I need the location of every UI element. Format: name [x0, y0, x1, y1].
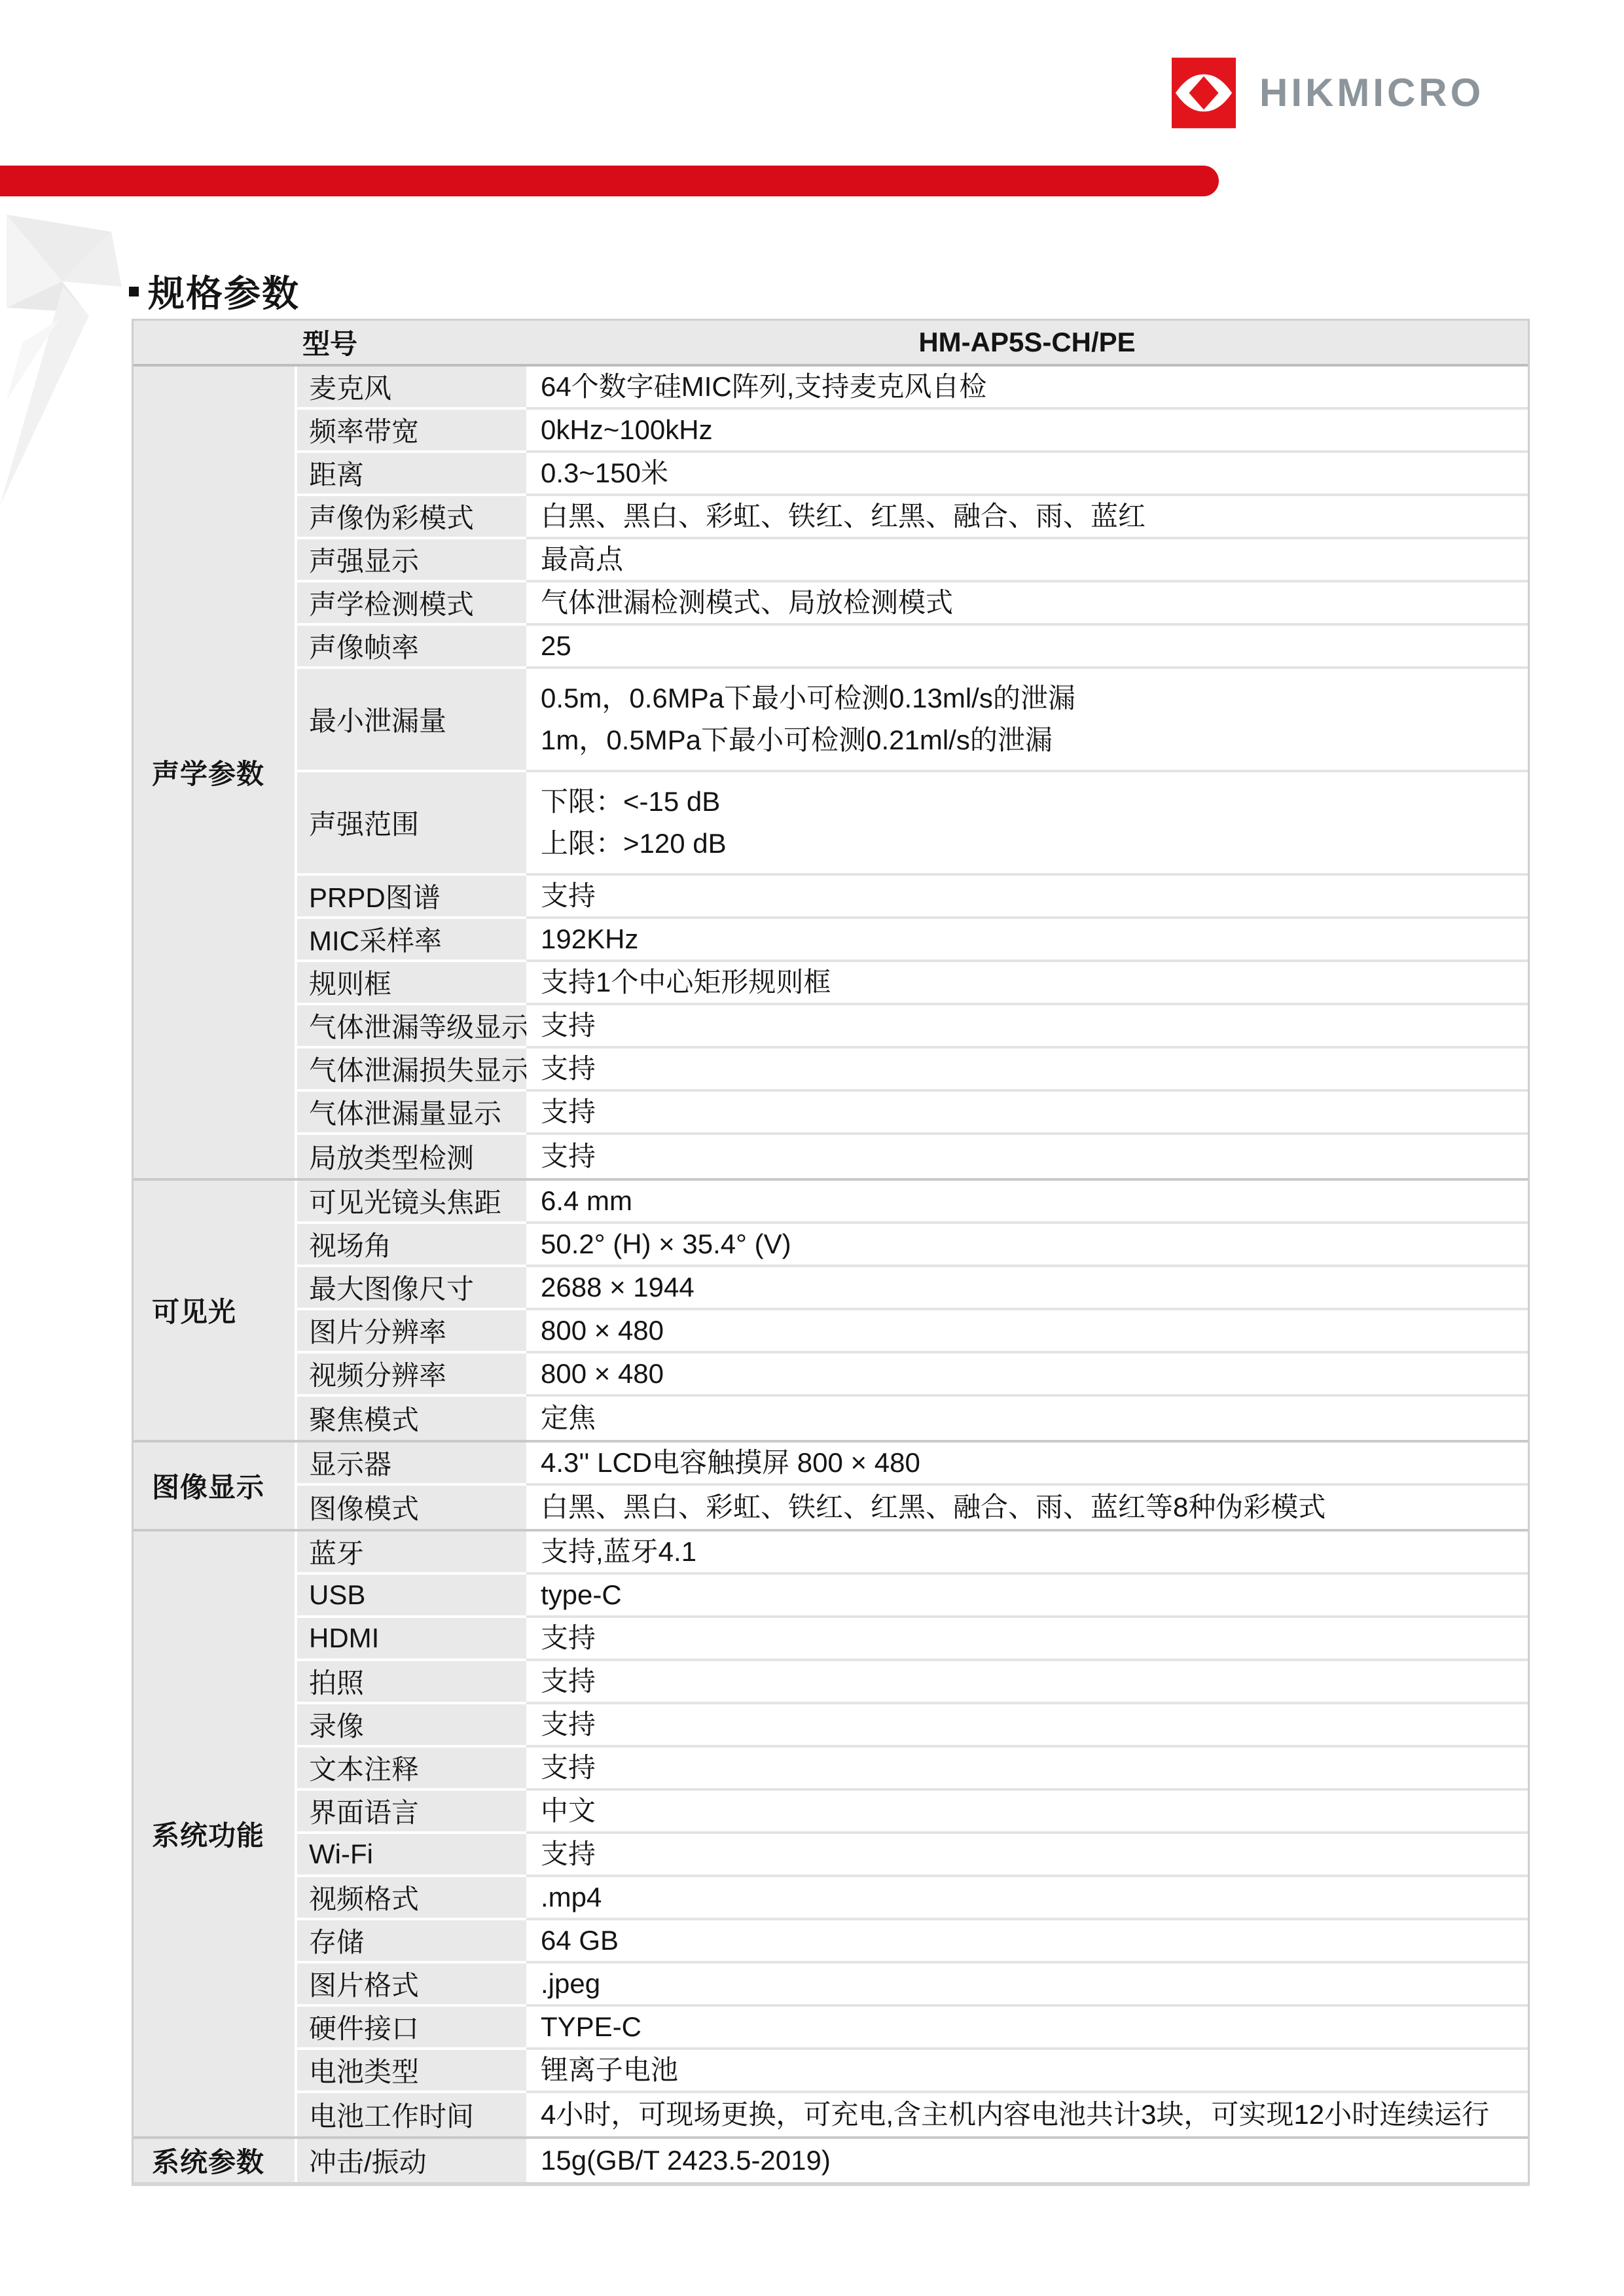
spec-label: 录像: [297, 1704, 526, 1748]
spec-row: 存储 64 GB: [297, 1920, 1528, 1964]
spec-value: 50.2° (H) × 35.4° (V): [526, 1224, 1528, 1267]
spec-row: 声学检测模式 气体泄漏检测模式、局放检测模式: [297, 583, 1528, 626]
spec-label: 显示器: [297, 1443, 526, 1486]
spec-label: 最小泄漏量: [297, 669, 526, 772]
model-header-label: 型号: [134, 321, 526, 364]
hikmicro-logo: HIKMICRO: [1172, 58, 1484, 128]
red-banner: [0, 166, 1219, 196]
spec-label: 规则框: [297, 962, 526, 1005]
spec-row: 拍照 支持: [297, 1661, 1528, 1704]
spec-label: 声强显示: [297, 539, 526, 583]
spec-value: 下限：<-15 dB 上限：>120 dB: [526, 772, 1528, 876]
spec-row: 显示器 4.3'' LCD电容触摸屏 800 × 480: [297, 1443, 1528, 1486]
spec-value: 4.3'' LCD电容触摸屏 800 × 480: [526, 1443, 1528, 1486]
spec-row: 规则框 支持1个中心矩形规则框: [297, 962, 1528, 1005]
spec-value: 0.5m，0.6MPa下最小可检测0.13ml/s的泄漏 1m，0.5MPa下最…: [526, 669, 1528, 772]
spec-row: 距离 0.3~150米: [297, 453, 1528, 496]
hikmicro-eye-icon: [1172, 58, 1236, 128]
spec-value: 64 GB: [526, 1920, 1528, 1964]
spec-row: 视频分辨率 800 × 480: [297, 1354, 1528, 1397]
spec-row: 气体泄漏损失显示 支持: [297, 1049, 1528, 1092]
spec-value: 6.4 mm: [526, 1181, 1528, 1224]
spec-value: 锂离子电池: [526, 2050, 1528, 2093]
spec-value: 4小时，可现场更换，可充电,含主机内容电池共计3块，可实现12小时连续运行: [526, 2093, 1528, 2136]
spec-value: 25: [526, 626, 1528, 669]
spec-value: 支持: [526, 1748, 1528, 1791]
spec-value: 支持: [526, 1618, 1528, 1661]
spec-row: 最大图像尺寸 2688 × 1944: [297, 1267, 1528, 1310]
spec-row: 可见光镜头焦距 6.4 mm: [297, 1181, 1528, 1224]
spec-label: 声学检测模式: [297, 583, 526, 626]
spec-value: 支持,蓝牙4.1: [526, 1532, 1528, 1575]
spec-value: 白黑、黑白、彩虹、铁红、红黑、融合、雨、蓝红等8种伪彩模式: [526, 1486, 1528, 1529]
spec-value: 支持1个中心矩形规则框: [526, 962, 1528, 1005]
spec-table: 型号 HM-AP5S-CH/PE 声学参数 麦克风 64个数字硅MIC阵列,支持…: [132, 319, 1530, 2186]
spec-row: 声强显示 最高点: [297, 539, 1528, 583]
spec-value: TYPE-C: [526, 2007, 1528, 2050]
section-acoustic: 声学参数 麦克风 64个数字硅MIC阵列,支持麦克风自检 频率带宽 0kHz~1…: [134, 367, 1528, 1181]
spec-label: 视场角: [297, 1224, 526, 1267]
spec-row: 冲击/振动 15g(GB/T 2423.5-2019): [297, 2139, 1528, 2182]
spec-value: 2688 × 1944: [526, 1267, 1528, 1310]
spec-label: 可见光镜头焦距: [297, 1181, 526, 1224]
spec-label: 气体泄漏损失显示: [297, 1049, 526, 1092]
spec-row: 声强范围 下限：<-15 dB 上限：>120 dB: [297, 772, 1528, 876]
spec-value: 支持: [526, 1049, 1528, 1092]
spec-row: 麦克风 64个数字硅MIC阵列,支持麦克风自检: [297, 367, 1528, 410]
spec-value: 支持: [526, 1661, 1528, 1704]
spec-label: 蓝牙: [297, 1532, 526, 1575]
category-cell: 系统参数: [134, 2139, 297, 2182]
spec-label: MIC采样率: [297, 919, 526, 962]
spec-label: 视频格式: [297, 1877, 526, 1920]
table-header-row: 型号 HM-AP5S-CH/PE: [134, 321, 1528, 367]
model-header-value: HM-AP5S-CH/PE: [526, 321, 1528, 364]
spec-label: 图片格式: [297, 1964, 526, 2007]
spec-value: 支持: [526, 876, 1528, 919]
spec-row: 视频格式 .mp4: [297, 1877, 1528, 1920]
section-image-display: 图像显示 显示器 4.3'' LCD电容触摸屏 800 × 480 图像模式 白…: [134, 1443, 1528, 1532]
spec-row: 电池工作时间 4小时，可现场更换，可充电,含主机内容电池共计3块，可实现12小时…: [297, 2093, 1528, 2136]
spec-label: 局放类型检测: [297, 1135, 526, 1178]
category-cell: 系统功能: [134, 1532, 297, 2136]
spec-value: 最高点: [526, 539, 1528, 583]
spec-label: 图片分辨率: [297, 1310, 526, 1354]
spec-value: 支持: [526, 1704, 1528, 1748]
spec-row: 声像帧率 25: [297, 626, 1528, 669]
spec-value: 800 × 480: [526, 1354, 1528, 1397]
spec-row: 图片分辨率 800 × 480: [297, 1310, 1528, 1354]
spec-value: 支持: [526, 1005, 1528, 1049]
spec-label: 电池工作时间: [297, 2093, 526, 2136]
spec-row: 局放类型检测 支持: [297, 1135, 1528, 1178]
spec-label: 存储: [297, 1920, 526, 1964]
spec-row: MIC采样率 192KHz: [297, 919, 1528, 962]
spec-label: 电池类型: [297, 2050, 526, 2093]
spec-value: type-C: [526, 1575, 1528, 1618]
spec-label: 麦克风: [297, 367, 526, 410]
spec-row: 蓝牙 支持,蓝牙4.1: [297, 1532, 1528, 1575]
spec-label: 冲击/振动: [297, 2139, 526, 2182]
spec-value: 定焦: [526, 1397, 1528, 1440]
spec-value: 800 × 480: [526, 1310, 1528, 1354]
spec-value: 0kHz~100kHz: [526, 410, 1528, 453]
spec-row: 图片格式 .jpeg: [297, 1964, 1528, 2007]
spec-label: 硬件接口: [297, 2007, 526, 2050]
spec-value: 0.3~150米: [526, 453, 1528, 496]
spec-label: 文本注释: [297, 1748, 526, 1791]
spec-label: 最大图像尺寸: [297, 1267, 526, 1310]
square-bullet-icon: [129, 287, 139, 296]
spec-label: 声强范围: [297, 772, 526, 876]
spec-row: USB type-C: [297, 1575, 1528, 1618]
spec-value: 气体泄漏检测模式、局放检测模式: [526, 583, 1528, 626]
spec-row: 硬件接口 TYPE-C: [297, 2007, 1528, 2050]
spec-value: 64个数字硅MIC阵列,支持麦克风自检: [526, 367, 1528, 410]
spec-sheet-page: { "brand": { "logo_text": "HIKMICRO", "a…: [0, 0, 1624, 2296]
spec-label: PRPD图谱: [297, 876, 526, 919]
spec-row: 频率带宽 0kHz~100kHz: [297, 410, 1528, 453]
spec-label: 聚焦模式: [297, 1397, 526, 1440]
spec-label: 频率带宽: [297, 410, 526, 453]
spec-label: 界面语言: [297, 1791, 526, 1834]
spec-row: 电池类型 锂离子电池: [297, 2050, 1528, 2093]
spec-value: 支持: [526, 1834, 1528, 1877]
category-cell: 声学参数: [134, 367, 297, 1178]
spec-row: 气体泄漏等级显示 支持: [297, 1005, 1528, 1049]
spec-value: 支持: [526, 1092, 1528, 1135]
spec-row: PRPD图谱 支持: [297, 876, 1528, 919]
spec-value: 白黑、黑白、彩虹、铁红、红黑、融合、雨、蓝红: [526, 496, 1528, 539]
spec-label: 气体泄漏等级显示: [297, 1005, 526, 1049]
watermark-shape: [0, 203, 137, 517]
spec-row: 界面语言 中文: [297, 1791, 1528, 1834]
spec-row: 声像伪彩模式 白黑、黑白、彩虹、铁红、红黑、融合、雨、蓝红: [297, 496, 1528, 539]
spec-row: 图像模式 白黑、黑白、彩虹、铁红、红黑、融合、雨、蓝红等8种伪彩模式: [297, 1486, 1528, 1529]
category-cell: 图像显示: [134, 1443, 297, 1529]
spec-label: 声像伪彩模式: [297, 496, 526, 539]
spec-row: 最小泄漏量 0.5m，0.6MPa下最小可检测0.13ml/s的泄漏 1m，0.…: [297, 669, 1528, 772]
spec-row: HDMI 支持: [297, 1618, 1528, 1661]
spec-label: 声像帧率: [297, 626, 526, 669]
page-title-text: 规格参数: [148, 265, 300, 317]
spec-label: 气体泄漏量显示: [297, 1092, 526, 1135]
spec-label: USB: [297, 1575, 526, 1618]
spec-label: 拍照: [297, 1661, 526, 1704]
spec-label: 视频分辨率: [297, 1354, 526, 1397]
spec-row: 录像 支持: [297, 1704, 1528, 1748]
spec-label: HDMI: [297, 1618, 526, 1661]
section-visible-light: 可见光 可见光镜头焦距 6.4 mm 视场角 50.2° (H) × 35.4°…: [134, 1181, 1528, 1443]
spec-row: 文本注释 支持: [297, 1748, 1528, 1791]
spec-label: 距离: [297, 453, 526, 496]
spec-row: 聚焦模式 定焦: [297, 1397, 1528, 1440]
section-system-functions: 系统功能 蓝牙 支持,蓝牙4.1 USB type-C HDMI 支持 拍照 支…: [134, 1532, 1528, 2139]
spec-value: .jpeg: [526, 1964, 1528, 2007]
spec-value: 192KHz: [526, 919, 1528, 962]
page-title: 规格参数: [129, 265, 300, 317]
spec-label: 图像模式: [297, 1486, 526, 1529]
spec-label: Wi-Fi: [297, 1834, 526, 1877]
spec-value: 15g(GB/T 2423.5-2019): [526, 2139, 1528, 2182]
spec-row: 气体泄漏量显示 支持: [297, 1092, 1528, 1135]
spec-row: Wi-Fi 支持: [297, 1834, 1528, 1877]
spec-value: 支持: [526, 1135, 1528, 1178]
spec-row: 视场角 50.2° (H) × 35.4° (V): [297, 1224, 1528, 1267]
category-cell: 可见光: [134, 1181, 297, 1440]
spec-value: .mp4: [526, 1877, 1528, 1920]
spec-value: 中文: [526, 1791, 1528, 1834]
hikmicro-wordmark: HIKMICRO: [1259, 58, 1484, 128]
section-system-parameters: 系统参数 冲击/振动 15g(GB/T 2423.5-2019): [134, 2139, 1528, 2182]
